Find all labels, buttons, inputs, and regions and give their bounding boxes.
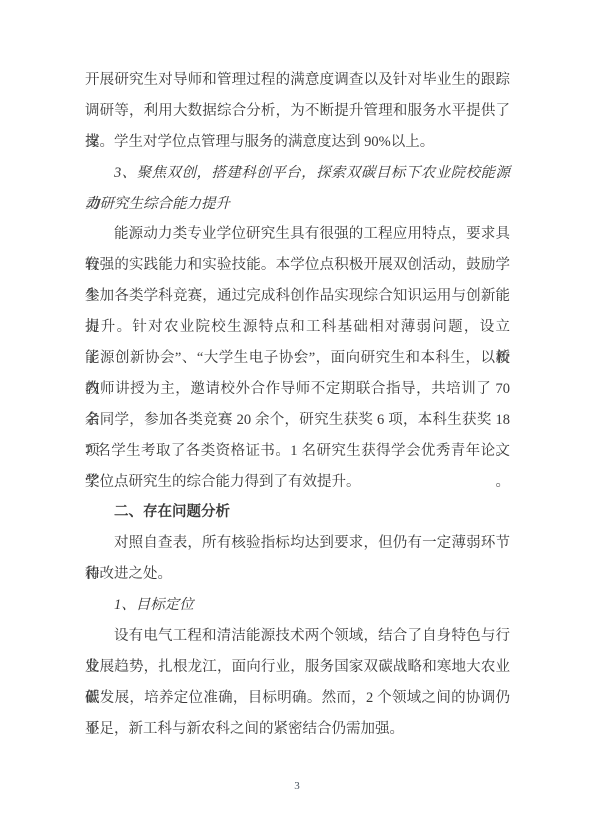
document-text-block: 开展研究生对导师和管理过程的满意度调查以及针对毕业生的跟踪调研等，利用大数据综合… <box>85 65 510 745</box>
paragraph-line: 不足，新工科与新农科之间的紧密结合仍需加强。 <box>85 714 510 745</box>
paragraph-line: 能源创新协会”、“大学生电子协会”，面向研究生和本科生，以校内 <box>85 343 510 374</box>
page-number: 3 <box>294 780 300 792</box>
paragraph-line: 碳发展，培养定位准确，目标明确。然而，2 个领域之间的协调仍显 <box>85 683 510 714</box>
section-heading: 二、存在问题分析 <box>85 497 510 528</box>
subsection-heading-line: 1、目标定位 <box>85 590 510 621</box>
subsection-heading-line: 力研究生综合能力提升 <box>85 189 510 220</box>
paragraph-line: 撑。学生对学位点管理与服务的满意度达到 90%以上。 <box>85 127 510 158</box>
subsection-heading-line: 3、聚焦双创，搭建科创平台，探索双碳目标下农业院校能源动 <box>85 158 510 189</box>
document-page: 开展研究生对导师和管理过程的满意度调查以及针对毕业生的跟踪调研等，利用大数据综合… <box>0 0 594 840</box>
paragraph-line: 参加各类学科竞赛，通过完成科创作品实现综合知识运用与创新能力 <box>85 281 510 312</box>
paragraph-line: 设有电气工程和清洁能源技术两个领域，结合了自身特色与行业 <box>85 621 510 652</box>
paragraph-line: 待改进之处。 <box>85 559 510 590</box>
paragraph-line: 开展研究生对导师和管理过程的满意度调查以及针对毕业生的跟踪 <box>85 65 510 96</box>
paragraph-line: 教师讲授为主，邀请校外合作导师不定期联合指导，共培训了 70 余 <box>85 374 510 405</box>
paragraph-line: 能源动力类专业学位研究生具有很强的工程应用特点，要求具有 <box>85 219 510 250</box>
paragraph-line: 对照自查表，所有核验指标均达到要求，但仍有一定薄弱环节和 <box>85 528 510 559</box>
paragraph-line: 较强的实践能力和实验技能。本学位点积极开展双创活动，鼓励学生 <box>85 250 510 281</box>
page-footer: 3 <box>0 776 594 794</box>
paragraph-line: 发展趋势，扎根龙江，面向行业，服务国家双碳战略和寒地大农业低 <box>85 652 510 683</box>
paragraph-line: 调研等，利用大数据综合分析，为不断提升管理和服务水平提供了支 <box>85 96 510 127</box>
paragraph-line: 7 名学生考取了各类资格证书。1 名研究生获得学会优秀青年论文奖。 <box>85 436 510 467</box>
paragraph-line: 提升。针对农业院校生源特点和工科基础相对薄弱问题，设立了“新 <box>85 312 510 343</box>
paragraph-line: 名同学，参加各类竞赛 20 余个，研究生获奖 6 项，本科生获奖 18 项。 <box>85 405 510 436</box>
